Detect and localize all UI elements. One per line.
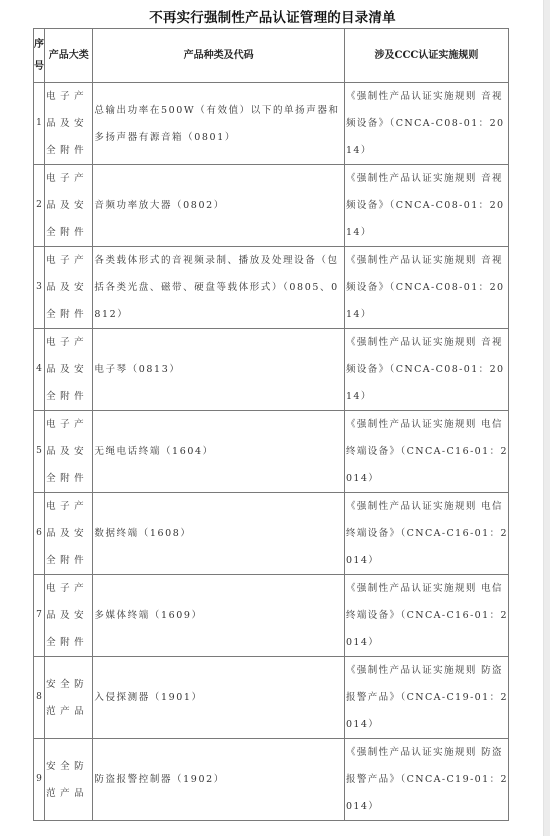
row-rule: 《强制性产品认证实施规则 防盗报警产品》（CNCA-C19-01：2014） [344, 657, 508, 739]
row-category: 电子产品及安全附件 [45, 329, 93, 411]
header-rule: 涉及CCC认证实施规则 [344, 29, 508, 83]
table-header-row: 序 号 产品大类 产品种类及代码 涉及CCC认证实施规则 [34, 29, 509, 83]
table-row: 9 安全防范产品 防盗报警控制器（1902） 《强制性产品认证实施规则 防盗报警… [34, 739, 509, 821]
row-rule: 《强制性产品认证实施规则 音视频设备》（CNCA-C08-01：2014） [344, 83, 508, 165]
row-rule: 《强制性产品认证实施规则 电信终端设备》（CNCA-C16-01：2014） [344, 575, 508, 657]
table-row: 2 电子产品及安全附件 音频功率放大器（0802） 《强制性产品认证实施规则 音… [34, 165, 509, 247]
row-product: 数据终端（1608） [93, 493, 345, 575]
table-row: 4 电子产品及安全附件 电子琴（0813） 《强制性产品认证实施规则 音视频设备… [34, 329, 509, 411]
table-row: 8 安全防范产品 入侵探测器（1901） 《强制性产品认证实施规则 防盗报警产品… [34, 657, 509, 739]
table-row: 5 电子产品及安全附件 无绳电话终端（1604） 《强制性产品认证实施规则 电信… [34, 411, 509, 493]
row-seq: 4 [34, 329, 45, 411]
row-rule: 《强制性产品认证实施规则 电信终端设备》（CNCA-C16-01：2014） [344, 411, 508, 493]
row-category: 电子产品及安全附件 [45, 165, 93, 247]
header-category: 产品大类 [45, 29, 93, 83]
row-seq: 9 [34, 739, 45, 821]
row-product: 防盗报警控制器（1902） [93, 739, 345, 821]
row-seq: 5 [34, 411, 45, 493]
row-product: 多媒体终端（1609） [93, 575, 345, 657]
table-row: 3 电子产品及安全附件 各类载体形式的音视频录制、播放及处理设备（包括各类光盘、… [34, 247, 509, 329]
row-category: 电子产品及安全附件 [45, 83, 93, 165]
row-rule: 《强制性产品认证实施规则 音视频设备》（CNCA-C08-01：2014） [344, 165, 508, 247]
row-rule: 《强制性产品认证实施规则 音视频设备》（CNCA-C08-01：2014） [344, 247, 508, 329]
row-category: 电子产品及安全附件 [45, 247, 93, 329]
row-product: 音频功率放大器（0802） [93, 165, 345, 247]
row-seq: 3 [34, 247, 45, 329]
header-seq: 序 号 [34, 29, 45, 83]
row-rule: 《强制性产品认证实施规则 电信终端设备》（CNCA-C16-01：2014） [344, 493, 508, 575]
row-seq: 7 [34, 575, 45, 657]
row-category: 电子产品及安全附件 [45, 575, 93, 657]
row-seq: 8 [34, 657, 45, 739]
table-row: 7 电子产品及安全附件 多媒体终端（1609） 《强制性产品认证实施规则 电信终… [34, 575, 509, 657]
row-category: 电子产品及安全附件 [45, 411, 93, 493]
row-seq: 2 [34, 165, 45, 247]
page-scrollbar[interactable] [543, 0, 550, 836]
row-seq: 6 [34, 493, 45, 575]
row-product: 无绳电话终端（1604） [93, 411, 345, 493]
header-product: 产品种类及代码 [93, 29, 345, 83]
row-product: 电子琴（0813） [93, 329, 345, 411]
table-row: 1 电子产品及安全附件 总输出功率在500W（有效值）以下的单扬声器和多扬声器有… [34, 83, 509, 165]
header-seq-line1: 序 [34, 34, 44, 56]
header-seq-line2: 号 [34, 56, 44, 78]
row-category: 电子产品及安全附件 [45, 493, 93, 575]
row-seq: 1 [34, 83, 45, 165]
row-product: 入侵探测器（1901） [93, 657, 345, 739]
row-category: 安全防范产品 [45, 739, 93, 821]
row-rule: 《强制性产品认证实施规则 音视频设备》（CNCA-C08-01：2014） [344, 329, 508, 411]
row-product: 总输出功率在500W（有效值）以下的单扬声器和多扬声器有源音箱（0801） [93, 83, 345, 165]
document-title: 不再实行强制性产品认证管理的目录清单 [0, 6, 545, 26]
row-product: 各类载体形式的音视频录制、播放及处理设备（包括各类光盘、磁带、硬盘等载体形式）（… [93, 247, 345, 329]
catalog-table: 序 号 产品大类 产品种类及代码 涉及CCC认证实施规则 1 电子产品及安全附件… [33, 28, 509, 821]
row-category: 安全防范产品 [45, 657, 93, 739]
row-rule: 《强制性产品认证实施规则 防盗报警产品》（CNCA-C19-01：2014） [344, 739, 508, 821]
table-row: 6 电子产品及安全附件 数据终端（1608） 《强制性产品认证实施规则 电信终端… [34, 493, 509, 575]
